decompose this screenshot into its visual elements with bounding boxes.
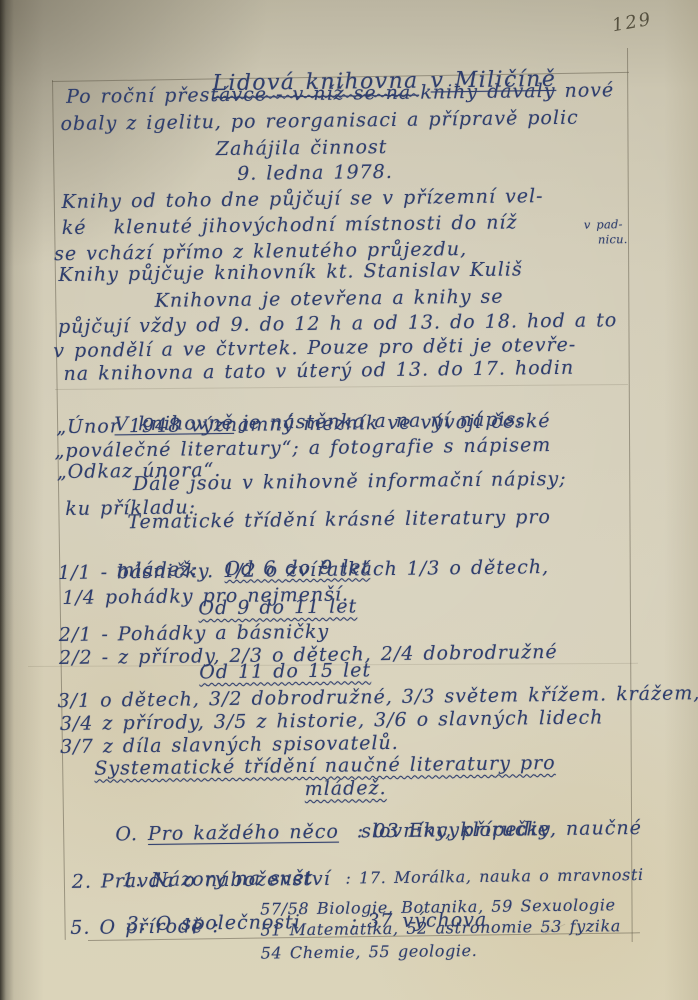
class-0-label: Pro každého něco (148, 821, 339, 845)
paragraph2-line-1: Knihovna je otevřena a knihy se (155, 286, 504, 312)
age-group-11-15-heading: Od 11 do 15 let (199, 659, 371, 683)
class-0-number: O. (115, 823, 138, 845)
quote-line-2: „poválečné literatury“; a fotografie s n… (54, 434, 551, 462)
paragraph1-line-2: ké klenuté jihovýchodní místnosti do níž (62, 211, 518, 239)
insertion-note-line-1: v pad- (584, 217, 623, 231)
intro-line-2: obaly z igelitu, po reorganisaci a přípr… (60, 107, 578, 135)
class-5-detail-line-1: 57/58 Biologie, Botanika, 59 Sexuologie (260, 895, 616, 918)
info-line-1: Dále jsou v knihovně informační nápisy; (133, 468, 567, 495)
document-page: 129 Lidová knihovnav Miličíně Po roční p… (0, 0, 698, 1000)
class-5-label: 5. O přírodě : (70, 915, 220, 939)
age-group-9-11-heading: Od 9 do 11 let (198, 595, 357, 619)
thematic-heading-line-1: Tematické třídění krásné literatury pro (127, 506, 551, 533)
date-line: 9. ledna 1978. (237, 161, 393, 185)
systematic-heading-line-2: mládež. (305, 777, 387, 800)
class-1-detail: : 17. Morálka, nauka o mravnosti (345, 865, 643, 888)
insertion-note-line-2: nicu. (598, 232, 628, 246)
class-0-detail-line-2: slovníky, příručky (361, 818, 551, 842)
intro-line-3: Zahájila činnost (216, 136, 388, 160)
paragraph1-line-1: Knihy od toho dne půjčují se v přízemní … (61, 185, 543, 213)
category-2-line-1: 2/1 - Pohádky a básničky (59, 621, 330, 646)
systematic-heading-line-1: Systematické třídění naučné literatury p… (94, 752, 555, 780)
class-5-detail-line-2: 51 Matematika, 52 astronomie 53 fyzika (260, 916, 621, 939)
class-5-detail-line-3: 54 Chemie, 55 geologie. (261, 941, 478, 963)
paragraph1-line-4: Knihy půjčuje knihovník kt. Stanislav Ku… (58, 258, 523, 286)
handwriting-layer: Lidová knihovnav Miličíně Po roční přest… (0, 0, 698, 1000)
category-1-line-1: 1/1 - básničky. 1/2 o zvířatkách 1/3 o d… (58, 556, 549, 584)
